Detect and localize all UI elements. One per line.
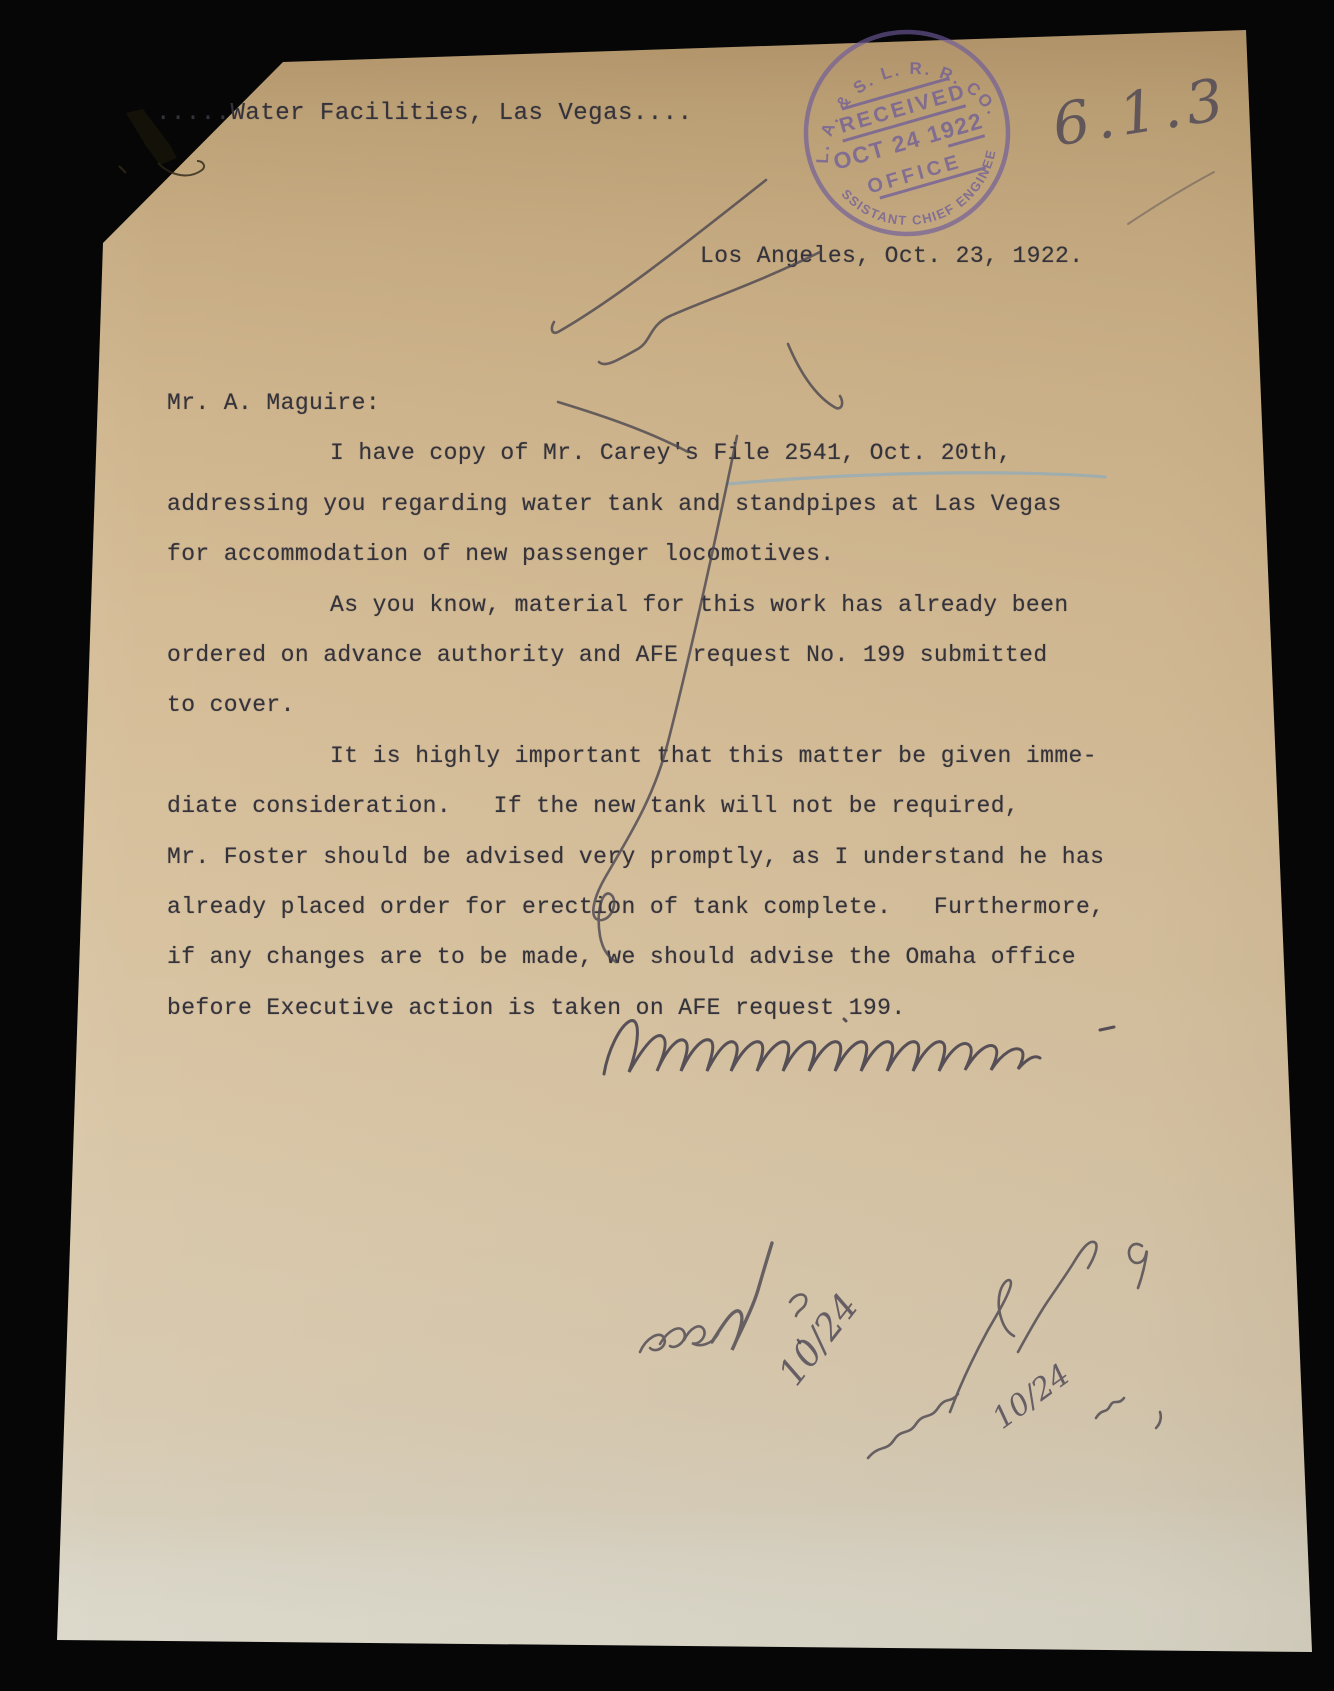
letter-line: to cover. xyxy=(167,680,1147,730)
letter-line: ordered on advance authority and AFE req… xyxy=(167,630,1147,680)
letter-line: if any changes are to be made, we should… xyxy=(167,932,1147,982)
letter-line: diate consideration. If the new tank wil… xyxy=(167,781,1147,831)
letter-line: Mr. Foster should be advised very prompt… xyxy=(167,832,1147,882)
scanned-letter-page: .....Water Facilities, Las Vegas.... Los… xyxy=(0,0,1334,1691)
document-title-line: .....Water Facilities, Las Vegas.... xyxy=(156,100,692,127)
letter-line: already placed order for erection of tan… xyxy=(167,882,1147,932)
letter-line: As you know, material for this work has … xyxy=(167,580,1147,630)
salutation: Mr. A. Maguire: xyxy=(167,378,1147,428)
letter-line: addressing you regarding water tank and … xyxy=(167,479,1147,529)
letter-line: It is highly important that this matter … xyxy=(167,731,1147,781)
letter-line: before Executive action is taken on AFE … xyxy=(167,983,1147,1033)
letter-line: I have copy of Mr. Carey's File 2541, Oc… xyxy=(167,428,1147,478)
letter-line: for accommodation of new passenger locom… xyxy=(167,529,1147,579)
dateline: Los Angeles, Oct. 23, 1922. xyxy=(700,243,1083,269)
letter-body: Mr. A. Maguire: I have copy of Mr. Carey… xyxy=(167,378,1147,1033)
